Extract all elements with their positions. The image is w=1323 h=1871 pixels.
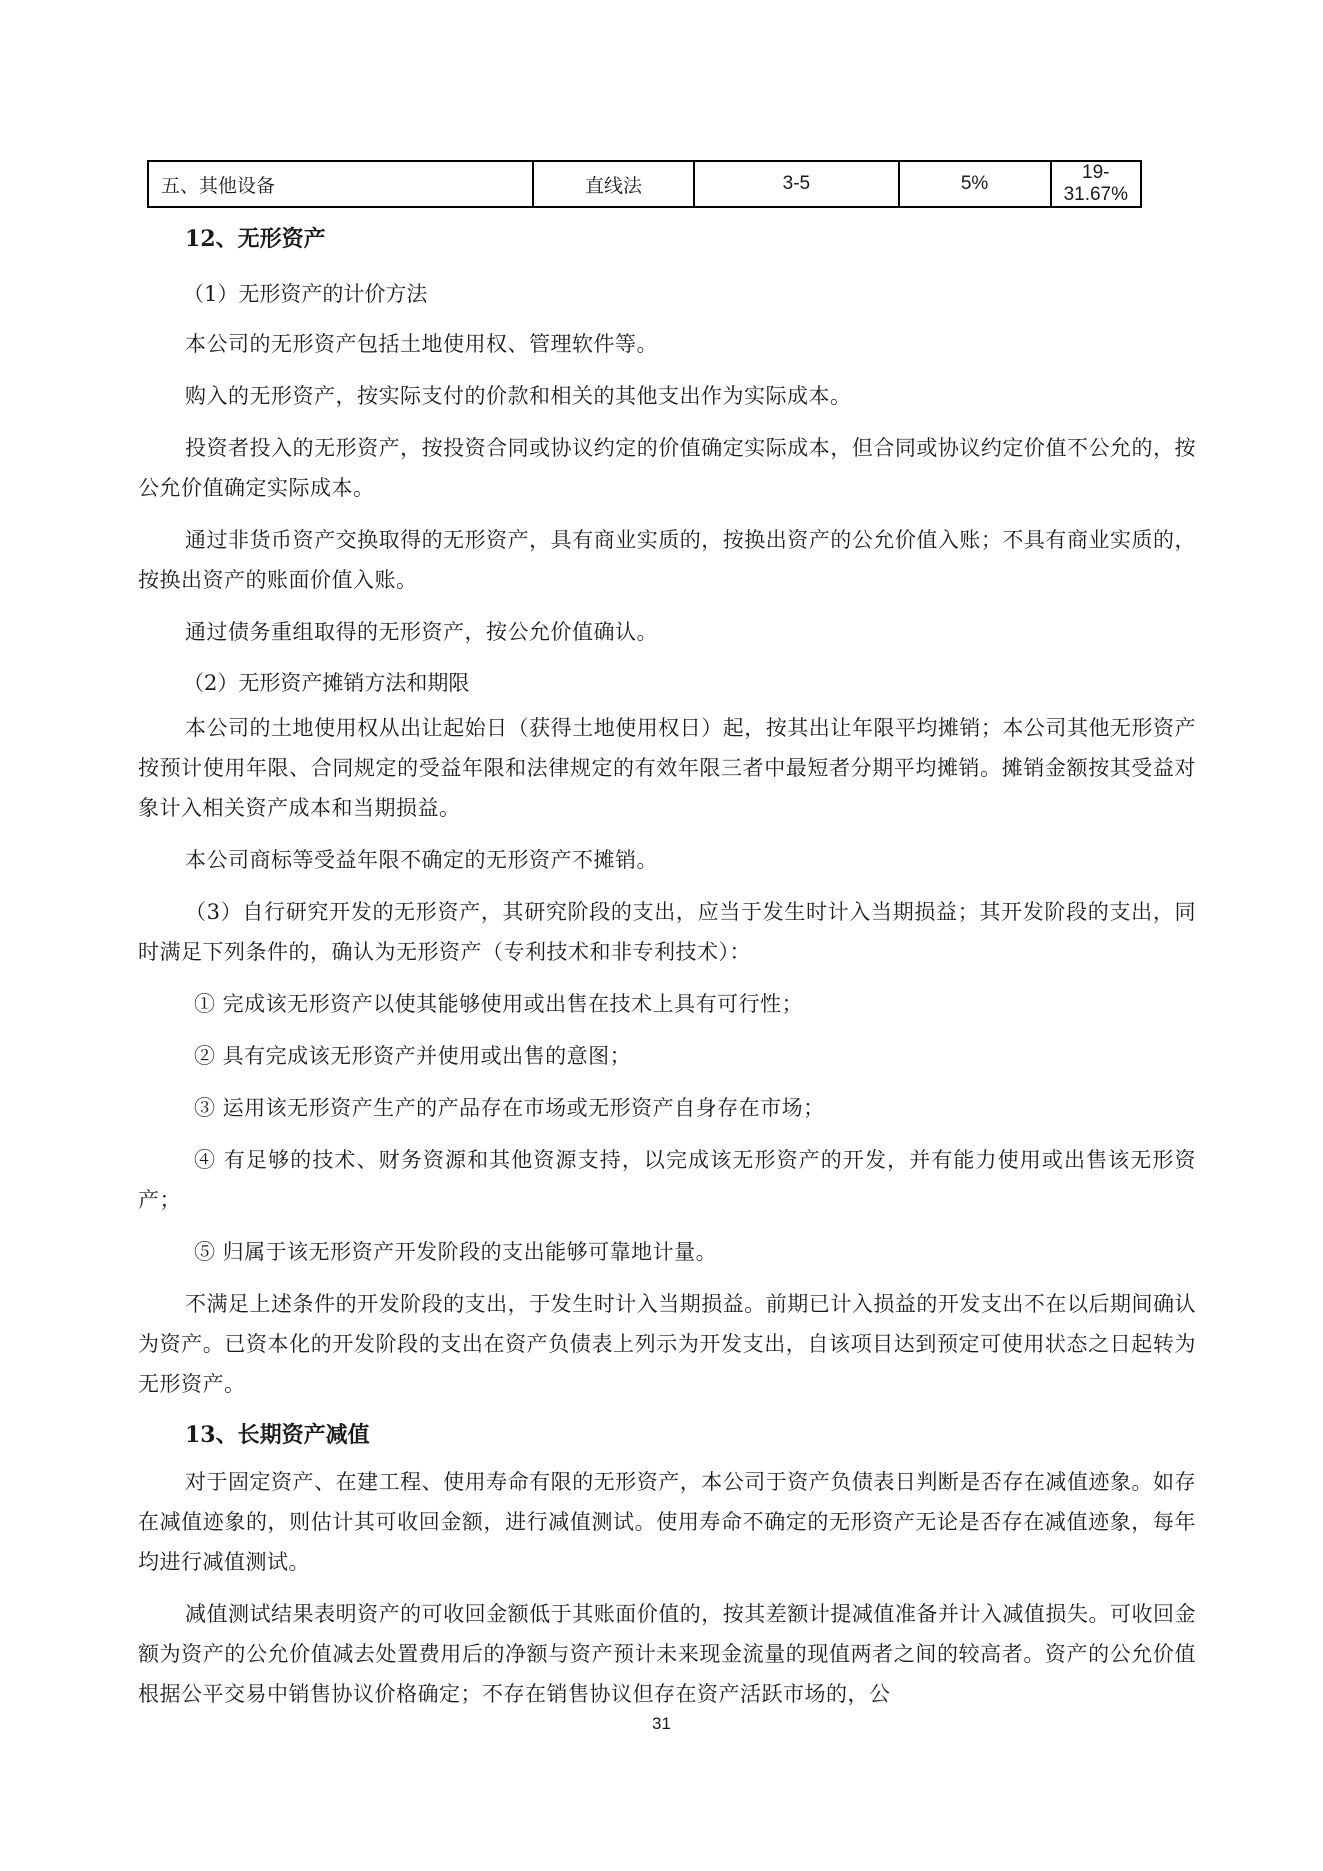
table-row: 五、其他设备 直线法 3-5 5% 19-31.67% [148,161,1141,207]
paragraph: 投资者投入的无形资产，按投资合同或协议约定的价值确定实际成本，但合同或协议约定价… [138,428,1196,508]
useful-life-cell: 3-5 [694,161,898,207]
depreciation-table: 五、其他设备 直线法 3-5 5% 19-31.67% [147,160,1142,208]
paragraph: 本公司的土地使用权从出让起始日（获得土地使用权日）起，按其出让年限平均摊销；本公… [138,708,1196,828]
paragraph: 购入的无形资产，按实际支付的价款和相关的其他支出作为实际成本。 [138,376,1196,416]
page-number: 31 [0,1714,1323,1734]
paragraph: 不满足上述条件的开发阶段的支出，于发生时计入当期损益。前期已计入损益的开发支出不… [138,1284,1196,1404]
paragraph: 本公司的无形资产包括土地使用权、管理软件等。 [138,324,1196,364]
paragraph: 减值测试结果表明资产的可收回金额低于其账面价值的，按其差额计提减值准备并计入减值… [138,1594,1196,1714]
paragraph: 本公司商标等受益年限不确定的无形资产不摊销。 [138,840,1196,880]
list-item: ④ 有足够的技术、财务资源和其他资源支持，以完成该无形资产的开发，并有能力使用或… [138,1140,1196,1220]
paragraph: 通过非货币资产交换取得的无形资产，具有商业实质的，按换出资产的公允价值入账；不具… [138,520,1196,600]
list-item: ③ 运用该无形资产生产的产品存在市场或无形资产自身存在市场； [138,1088,1196,1128]
list-item: ② 具有完成该无形资产并使用或出售的意图； [138,1036,1196,1076]
section-heading-13: 13、长期资产减值 [185,1418,370,1449]
list-item: ⑤ 归属于该无形资产开发阶段的支出能够可靠地计量。 [138,1232,1196,1272]
document-page: 五、其他设备 直线法 3-5 5% 19-31.67% 12、无形资产 （1）无… [0,0,1323,1871]
paragraph: 对于固定资产、在建工程、使用寿命有限的无形资产，本公司于资产负债表日判断是否存在… [138,1462,1196,1582]
list-item: ① 完成该无形资产以使其能够使用或出售在技术上具有可行性； [138,984,1196,1024]
paragraph: （3）自行研究开发的无形资产，其研究阶段的支出，应当于发生时计入当期损益；其开发… [138,892,1196,972]
subheading-valuation: （1）无形资产的计价方法 [183,278,427,308]
subheading-amortization: （2）无形资产摊销方法和期限 [183,667,469,697]
paragraph: 通过债务重组取得的无形资产，按公允价值确认。 [138,612,1196,652]
section-heading-12: 12、无形资产 [185,222,326,253]
asset-category-cell: 五、其他设备 [148,161,533,207]
residual-rate-cell: 5% [899,161,1051,207]
annual-rate-cell: 19-31.67% [1051,161,1141,207]
depreciation-method-cell: 直线法 [533,161,694,207]
